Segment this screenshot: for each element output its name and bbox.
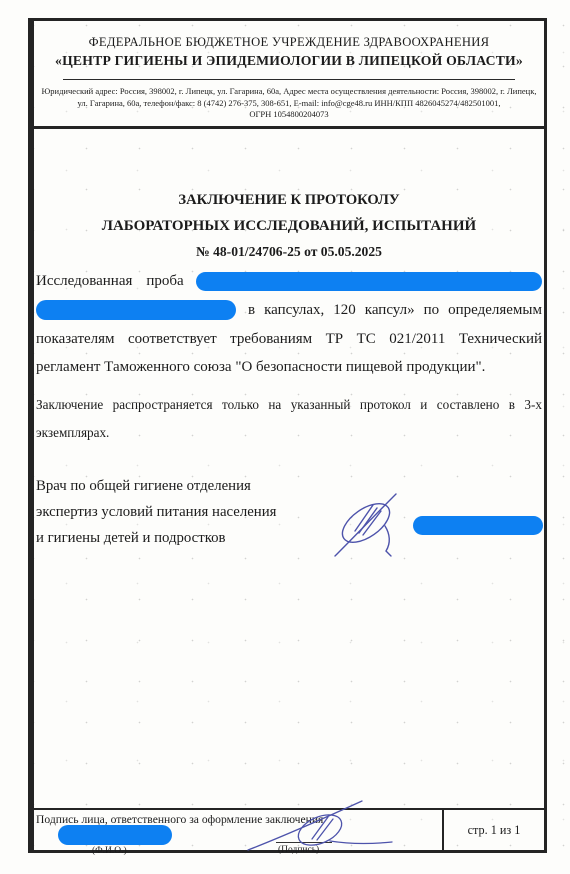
protocol-number-date: № 48-01/24706-25 от 05.05.2025 [34,244,544,259]
conclusion-note: Заключение распространяется только на ук… [36,391,542,447]
organization-address-block: Юридический адрес: Россия, 398002, г. Ли… [34,86,544,121]
body-line-2-text: в капсулах, 120 капсул» по определяемым [248,302,542,319]
address-line-1: Юридический адрес: Россия, 398002, г. Ли… [34,86,544,98]
body-line-3: показателям соответствует требованиям ТР… [36,325,542,354]
redaction-bar-sample-name-1 [196,272,542,291]
scanned-document-page: ФЕДЕРАЛЬНОЕ БЮДЖЕТНОЕ УЧРЕЖДЕНИЕ ЗДРАВОО… [0,0,570,874]
body-line-2: в капсулах, 120 капсул» по определяемым [36,296,542,325]
conclusion-body: Исследованная проба в капсулах, 120 капс… [36,268,542,551]
body-line-1: Исследованная проба [36,268,542,297]
document-border-frame: ФЕДЕРАЛЬНОЕ БЮДЖЕТНОЕ УЧРЕЖДЕНИЕ ЗДРАВОО… [28,18,547,853]
note-line-2: экземплярах. [36,419,542,447]
signer-position-line-1: Врач по общей гигиене отделения [36,473,542,499]
redaction-bar-doctor-name [413,516,543,535]
footer-signature [234,789,394,853]
page-number-cell: стр. 1 из 1 [442,810,544,850]
body-line-4: регламент Таможенного союза "О безопасно… [36,353,542,382]
note-line-1: Заключение распространяется только на ук… [36,391,542,419]
signer-position-block: Врач по общей гигиене отделения эксперти… [36,473,542,551]
document-title-block: ЗАКЛЮЧЕНИЕ К ПРОТОКОЛУ ЛАБОРАТОРНЫХ ИССЛ… [34,192,544,259]
redaction-bar-sample-name-2 [36,300,236,320]
address-line-3: ОГРН 1054800204073 [34,109,544,121]
body-word-issledovannaya: Исследованная [36,273,132,290]
doctor-signature [328,486,413,564]
title-line-1: ЗАКЛЮЧЕНИЕ К ПРОТОКОЛУ [34,192,544,208]
header-thin-divider [63,79,515,80]
organization-name-line1: ФЕДЕРАЛЬНОЕ БЮДЖЕТНОЕ УЧРЕЖДЕНИЕ ЗДРАВОО… [34,35,544,50]
title-line-2: ЛАБОРАТОРНЫХ ИССЛЕДОВАНИЙ, ИСПЫТАНИЙ [34,218,544,234]
organization-name-line2: «ЦЕНТР ГИГИЕНЫ И ЭПИДЕМИОЛОГИИ В ЛИПЕЦКО… [34,53,544,69]
redaction-bar-fio [58,825,172,845]
body-word-proba: проба [146,273,183,290]
address-line-2: ул. Гагарина, 60а, телефон/факс: 8 (4742… [34,98,544,110]
fio-label: (Ф.И.О.) [92,846,127,856]
header-thick-divider [34,126,544,129]
